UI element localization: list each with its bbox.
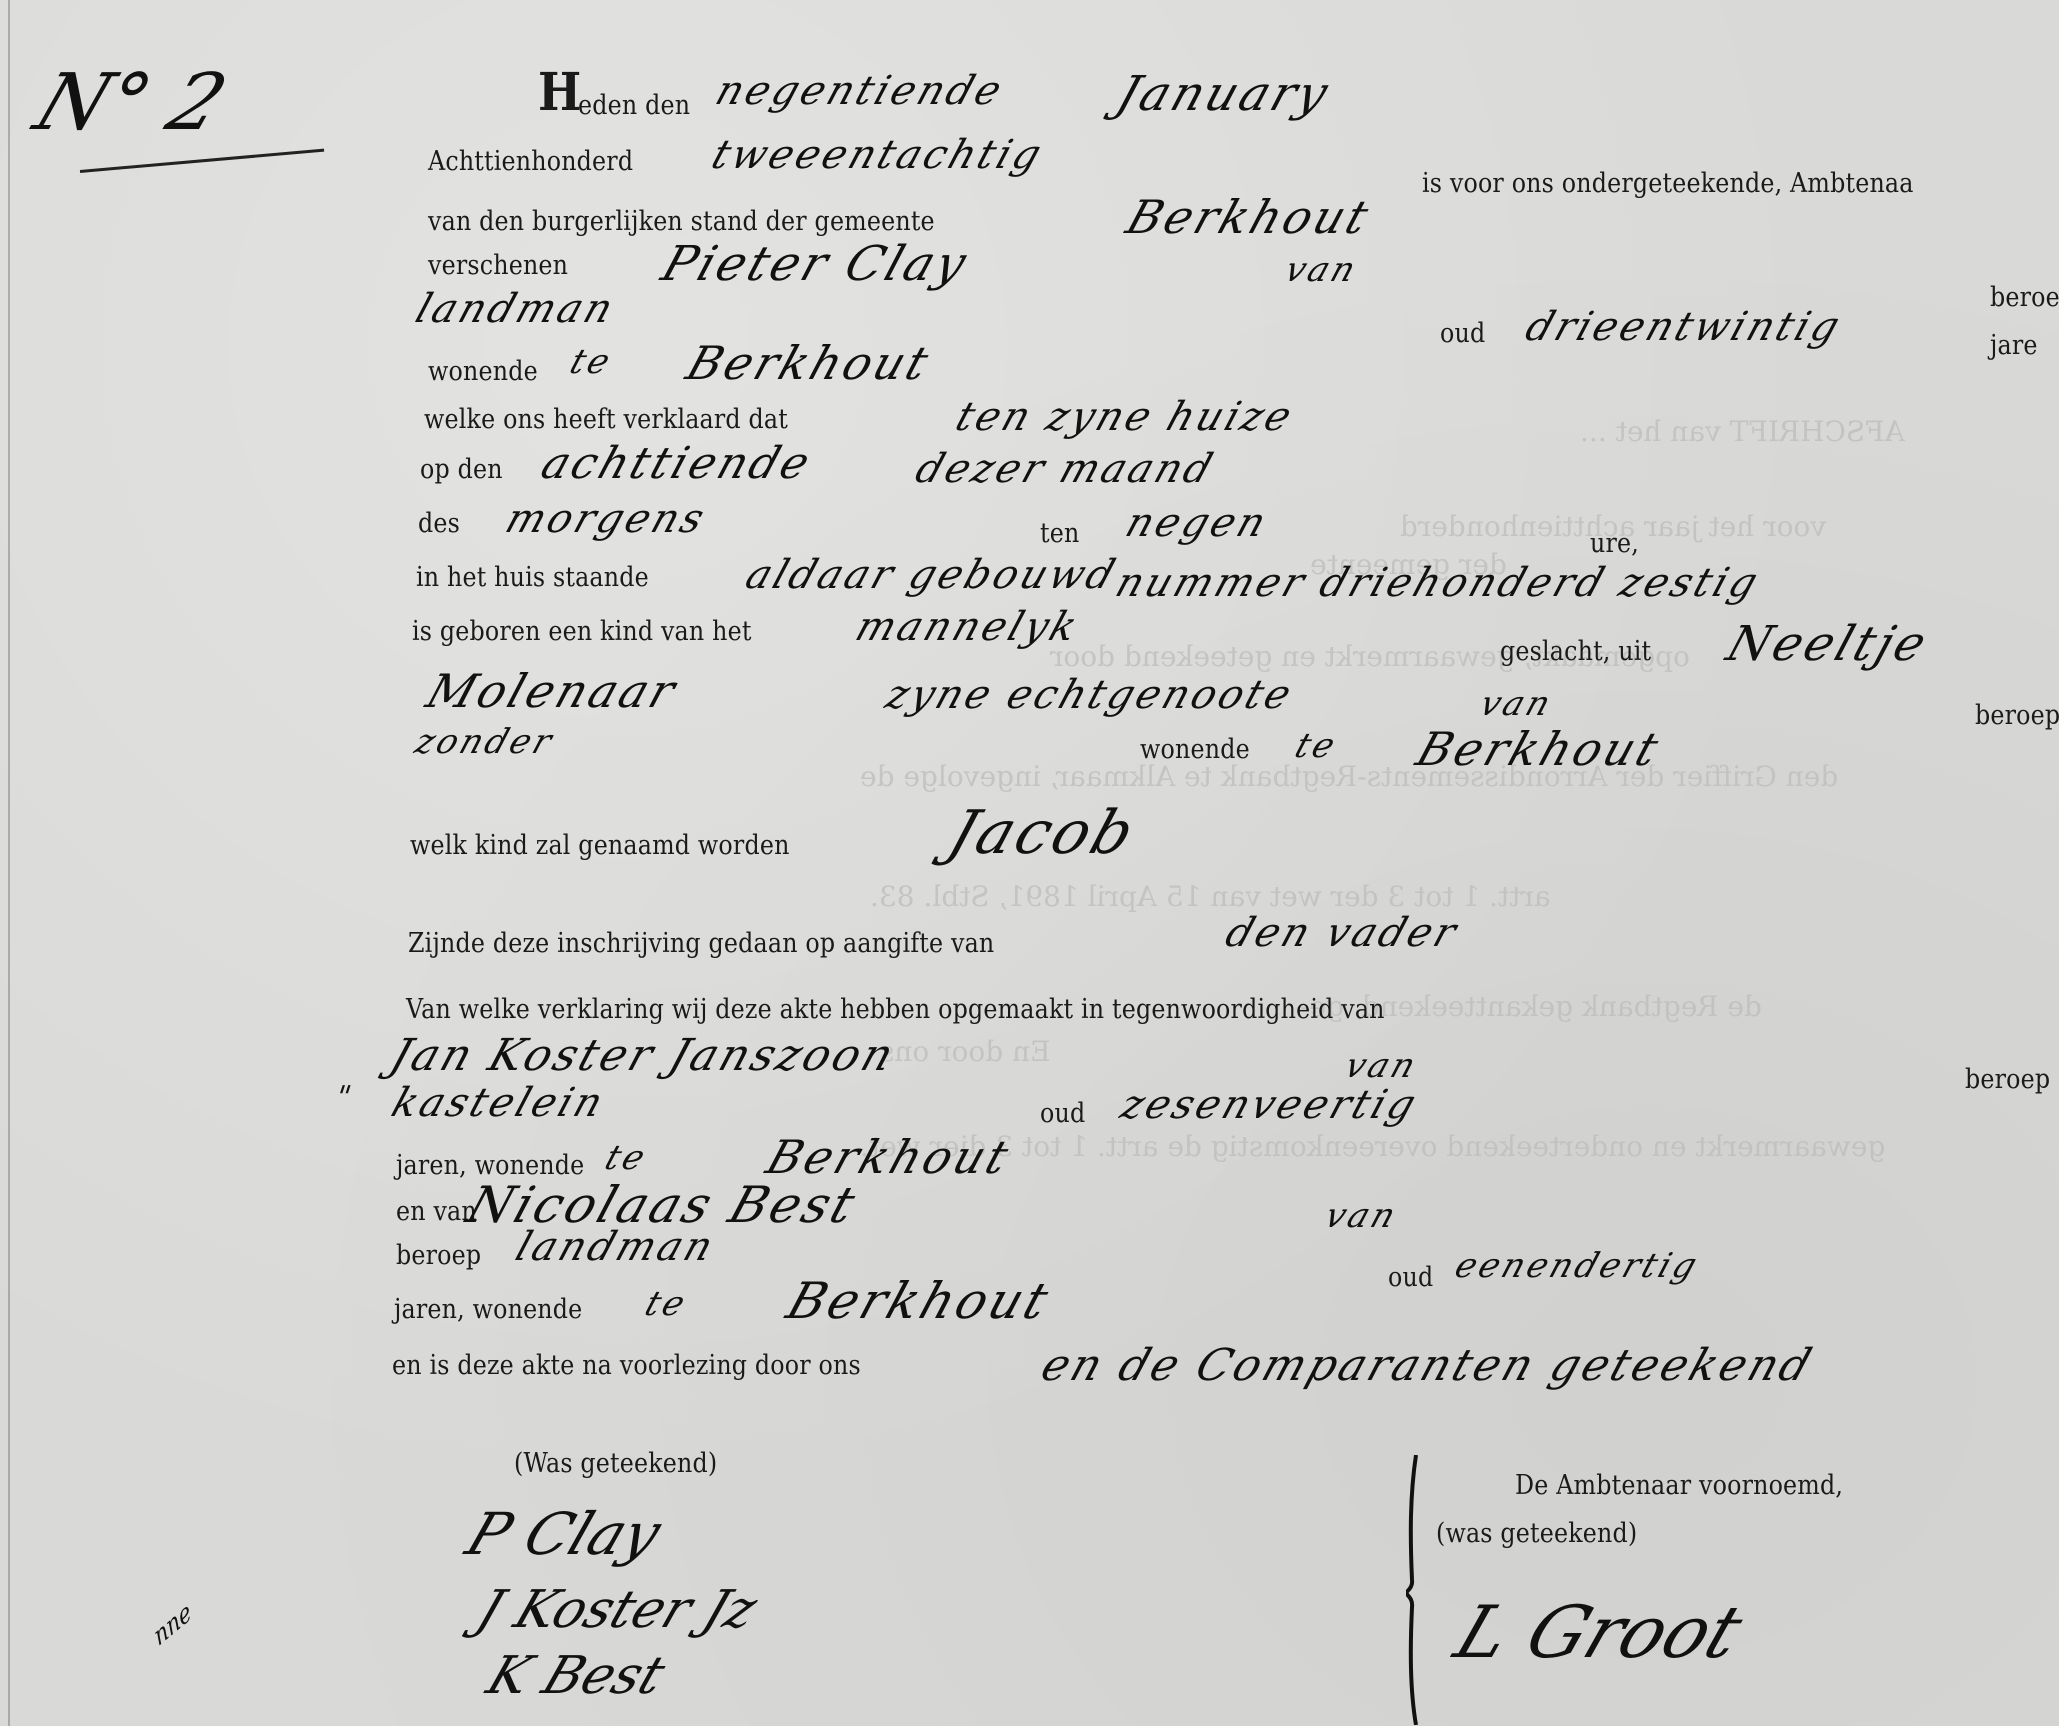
aangifte-label: Zijnde deze inschrijving gedaan op aangi…: [408, 928, 994, 959]
handwritten-witness2-age: eenendertig: [1450, 1246, 1705, 1286]
handwritten-year: tweeentachtig: [706, 132, 1050, 178]
handwritten-declarant-residence: Berkhout: [680, 336, 938, 390]
record-number-underline: [80, 149, 324, 173]
margin-mark: nne: [150, 1595, 195, 1652]
op-den-label: op den: [420, 454, 503, 485]
signature-l-groot: L Groot: [1445, 1590, 1754, 1674]
handwritten-mother-first: Neeltje: [1720, 616, 1936, 672]
bleed-through-line: den Griffier der Arrondissements-Regtban…: [860, 760, 1838, 793]
achttienhonderd-label: Achttienhonderd: [428, 146, 633, 177]
handwritten-mother-residence: Berkhout: [1410, 722, 1668, 776]
beroep-label-2: beroep: [1975, 700, 2059, 731]
handwritten-house-number: nummer driehonderd zestig: [1110, 560, 1766, 606]
handwritten-sex: mannelyk: [850, 604, 1086, 650]
handwritten-witness1-occupation: kastelein: [386, 1080, 611, 1126]
huis-staande-label: in het huis staande: [416, 562, 649, 593]
genaamd-worden-label: welk kind zal genaamd worden: [410, 830, 790, 861]
oud-label-2: oud: [1040, 1098, 1085, 1129]
handwritten-witness1-name: Jan Koster Janszoon: [384, 1030, 903, 1081]
record-number: N° 2: [24, 58, 238, 148]
oud-label-1: oud: [1440, 318, 1485, 349]
brace-icon: [1406, 1455, 1420, 1725]
ambtenaar-voornoemd-label: De Ambtenaar voornoemd,: [1515, 1470, 1843, 1501]
handwritten-van-3: van: [1340, 1046, 1423, 1086]
handwritten-time-of-day: morgens: [500, 496, 713, 542]
bleed-through-line: En door ons: [880, 1035, 1051, 1068]
verklaard-label: welke ons heeft verklaard dat: [424, 404, 788, 435]
birth-record-page: AFSCHRIFT van het ... voor het jaar acht…: [0, 0, 2059, 1726]
bleed-through-line: artt. 1 tot 3 der wet van 15 April 1891,…: [870, 880, 1551, 913]
jaren-wonende-label-2: jaren, wonende: [394, 1294, 582, 1325]
ditto-mark: ": [330, 1080, 358, 1115]
page-edge-line: [8, 0, 10, 1726]
heden-text: eden den: [578, 90, 690, 121]
handwritten-van-1: van: [1280, 250, 1363, 290]
was-geteekend-left: (Was geteekend): [514, 1448, 717, 1479]
handwritten-declarant-occupation: landman: [410, 286, 621, 332]
handwritten-mother-occupation: zonder: [410, 722, 559, 762]
handwritten-child-name: Jacob: [940, 798, 1146, 868]
is-geboren-label: is geboren een kind van het: [412, 616, 752, 647]
handwritten-van-2: van: [1475, 684, 1558, 724]
handwritten-signing-note: en de Comparanten geteekend: [1035, 1340, 1820, 1391]
handwritten-dezer-maand: dezer maand: [910, 446, 1221, 492]
is-voor-ons-label: is voor ons ondergeteekende, Ambtenaa: [1422, 168, 1914, 199]
signature-j-koster: J Koster Jz: [469, 1580, 765, 1640]
burgerlijken-stand-label: van den burgerlijken stand der gemeente: [428, 206, 935, 237]
ure-label: ure,: [1590, 528, 1639, 559]
handwritten-ten-zyne-huize: ten zyne huize: [950, 394, 1300, 440]
geslacht-uit-label: geslacht, uit: [1500, 636, 1651, 667]
des-label: des: [418, 508, 460, 539]
jaren-label-1: jare: [1990, 330, 2038, 361]
heden-initial: H: [538, 62, 581, 123]
handwritten-declarant-name: Pieter Clay: [655, 236, 976, 292]
handwritten-witness1-age: zesenveertig: [1115, 1082, 1424, 1128]
handwritten-month: January: [1110, 66, 1338, 122]
handwritten-te-1: te: [565, 342, 618, 382]
beroep-label-4: beroep: [396, 1240, 481, 1271]
handwritten-house-location: aldaar gebouwd: [740, 552, 1123, 598]
beroep-label-1: beroe: [1990, 282, 2059, 313]
tegenwoordigheid-label: Van welke verklaring wij deze akte hebbe…: [406, 994, 1385, 1025]
handwritten-van-4: van: [1320, 1196, 1403, 1236]
signature-k-best: K Best: [479, 1646, 673, 1706]
wonende-label-1: wonende: [428, 356, 538, 387]
handwritten-declarant-age: drieentwintig: [1520, 304, 1848, 350]
handwritten-hour: negen: [1120, 500, 1274, 546]
handwritten-witness2-residence: Berkhout: [780, 1272, 1058, 1330]
voorlezing-label: en is deze akte na voorlezing door ons: [392, 1350, 861, 1381]
verschenen-label: verschenen: [428, 250, 568, 281]
handwritten-witness2-occupation: landman: [510, 1224, 721, 1270]
oud-label-3: oud: [1388, 1262, 1433, 1293]
beroep-label-3: beroep: [1965, 1064, 2050, 1095]
was-geteekend-right: (was geteekend): [1436, 1518, 1637, 1549]
handwritten-birth-day: achttiende: [535, 438, 819, 489]
handwritten-municipality: Berkhout: [1120, 190, 1378, 244]
handwritten-zyne-echtgenoote: zyne echtgenoote: [880, 672, 1300, 718]
handwritten-informant: den vader: [1220, 910, 1465, 956]
wonende-label-2: wonende: [1140, 734, 1250, 765]
handwritten-te-3: te: [600, 1138, 653, 1178]
handwritten-day: negentiende: [710, 68, 1010, 114]
bleed-through-line: AFSCHRIFT van het ...: [1580, 415, 1905, 448]
handwritten-mother-last: Molenaar: [420, 664, 685, 718]
signature-p-clay: P Clay: [458, 1500, 671, 1568]
handwritten-te-4: te: [640, 1284, 693, 1324]
ten-label: ten: [1040, 518, 1079, 549]
